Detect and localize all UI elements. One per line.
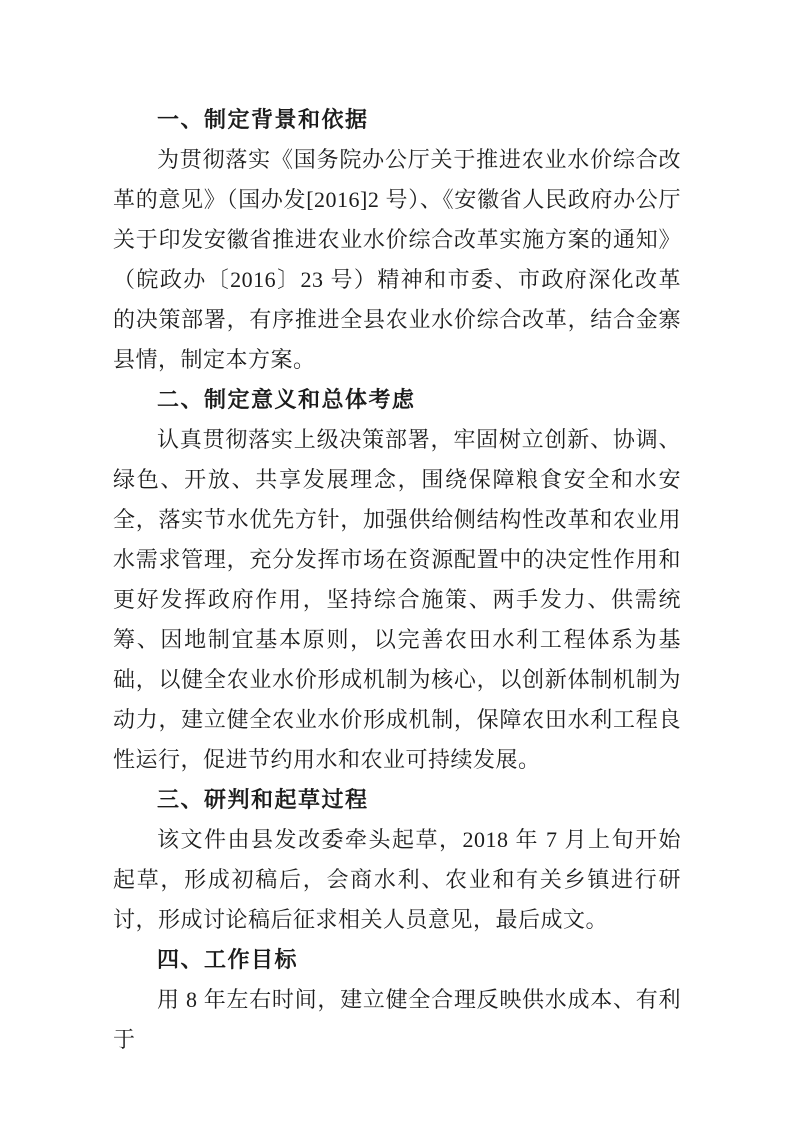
section-heading-4: 四、工作目标: [113, 940, 681, 980]
paragraph-3: 该文件由县发改委牵头起草，2018 年 7 月上旬开始起草，形成初稿后，会商水利…: [113, 820, 681, 940]
paragraph-1: 为贯彻落实《国务院办公厅关于推进农业水价综合改革的意见》（国办发[2016]2 …: [113, 140, 681, 380]
document-content: 一、制定背景和依据 为贯彻落实《国务院办公厅关于推进农业水价综合改革的意见》（国…: [113, 100, 681, 1060]
paragraph-4: 用 8 年左右时间，建立健全合理反映供水成本、有利于: [113, 980, 681, 1060]
section-heading-1: 一、制定背景和依据: [113, 100, 681, 140]
document-page: 一、制定背景和依据 为贯彻落实《国务院办公厅关于推进农业水价综合改革的意见》（国…: [0, 0, 793, 1122]
paragraph-2: 认真贯彻落实上级决策部署，牢固树立创新、协调、绿色、开放、共享发展理念，围绕保障…: [113, 420, 681, 780]
section-heading-3: 三、研判和起草过程: [113, 780, 681, 820]
section-heading-2: 二、制定意义和总体考虑: [113, 380, 681, 420]
